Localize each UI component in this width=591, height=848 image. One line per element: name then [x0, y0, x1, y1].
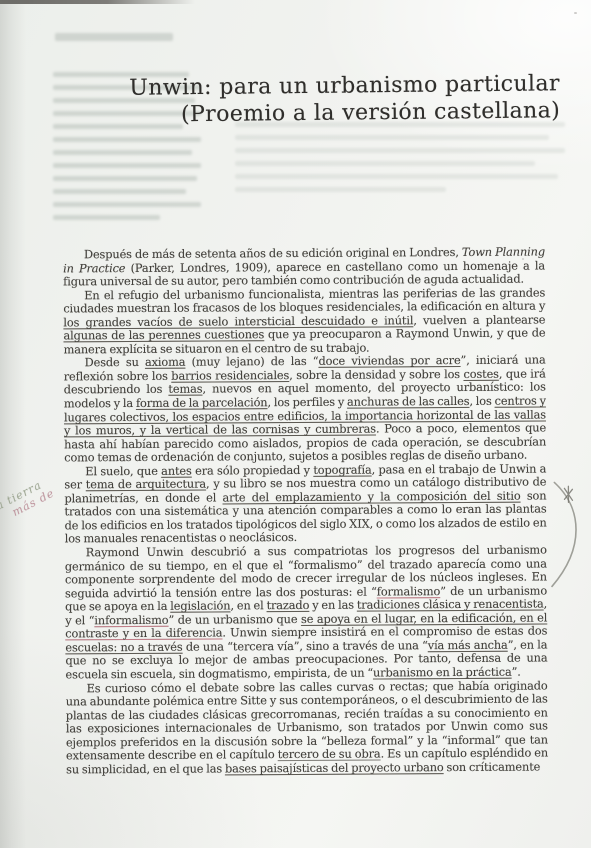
underlined-text: tercero de su obra — [278, 747, 381, 762]
underlined-text: tema de arquitectura — [86, 477, 206, 492]
underlined-text: legislación — [170, 599, 230, 613]
underlined-text: forma de la parcelación — [136, 395, 268, 410]
scanned-page: Unwin: para un urbanismo particular (Pro… — [0, 0, 591, 848]
underlined-text: anchuras de las calles — [347, 394, 470, 409]
document-paragraphs: Después de más de setenta años de su edi… — [63, 245, 548, 776]
text-run: y en las — [309, 598, 357, 612]
underlined-text: axioma — [145, 355, 186, 369]
underlined-text: vía más ancha — [428, 638, 508, 652]
underlined-text: escuelas: no a través — [65, 640, 182, 655]
underlined-text: informalismo — [94, 613, 168, 627]
text-run: , los perfiles y — [267, 395, 347, 409]
text-run: El suelo, que — [85, 464, 161, 478]
text-run: son críticamente — [444, 759, 541, 774]
title-line-2: (Proemio a la versión castellana) — [58, 98, 560, 130]
page-content: Unwin: para un urbanismo particular (Pro… — [0, 0, 591, 848]
text-run: , vuelven a plantearse — [413, 312, 545, 327]
paragraph: El suelo, que antes era sólo propiedad y… — [64, 462, 546, 546]
text-run: (muy lejano) de las “ — [185, 354, 318, 369]
text-run: ” de un urbanismo que — [168, 612, 301, 627]
underlined-text: trazado — [267, 598, 310, 612]
underlined-text: antes — [161, 463, 192, 477]
margin-paren-mark — [546, 474, 591, 592]
paragraph: Raymond Unwin descubrió a sus compatriot… — [65, 543, 548, 681]
paragraph: Desde su axioma (muy lejano) de las “doc… — [64, 354, 547, 465]
text-run: Desde su — [85, 355, 145, 369]
paragraph: Es curioso cómo el debate sobre las call… — [66, 679, 549, 777]
text-run: En el refugio del urbanismo funcionalist… — [63, 285, 545, 315]
underlined-text: barrios residenciales — [171, 368, 289, 383]
underlined-text: costes — [463, 367, 498, 381]
text-run: ”. — [512, 665, 521, 679]
underlined-text: doce viviendas por acre — [318, 353, 460, 368]
text-run: , los — [469, 394, 494, 408]
margin-note: la tierra más de — [0, 475, 57, 526]
paragraph: Después de más de setenta años de su edi… — [63, 245, 545, 289]
underlined-text: urbanismo en la práctica — [373, 665, 512, 680]
underlined-text: temas — [168, 382, 202, 396]
underlined-text: bases paisajísticas del proyecto urbano — [225, 760, 444, 775]
underlined-text: topografía — [313, 462, 371, 476]
text-run: (Parker, Londres, 1909), aparece en cast… — [63, 258, 545, 288]
page-title: Unwin: para un urbanismo particular (Pro… — [58, 71, 561, 129]
paragraph: En el refugio del urbanismo funcionalist… — [63, 286, 545, 357]
text-run: era sólo propiedad y — [192, 463, 314, 478]
text-run: , en el — [230, 598, 266, 612]
underlined-text: formalismo — [377, 584, 440, 598]
